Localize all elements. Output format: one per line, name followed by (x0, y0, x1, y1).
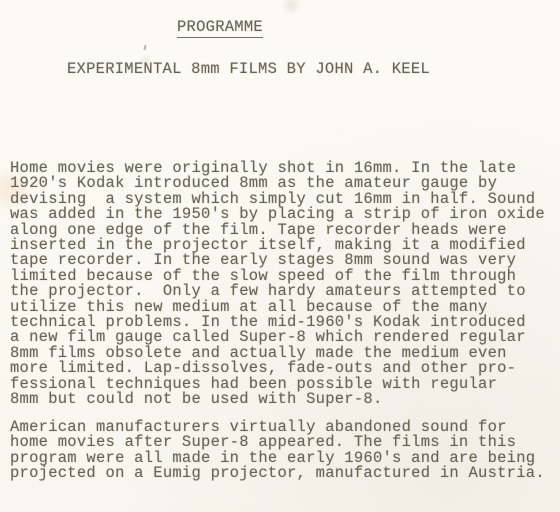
paragraph-program-note: American manufacturers virtually abandon… (10, 420, 545, 482)
paragraph-history-of-8mm: Home movies were originally shot in 16mm… (10, 161, 545, 408)
document-page: PROGRAMME EXPERIMENTAL 8mm FILMS BY JOHN… (0, 0, 560, 512)
stray-typewriter-mark (143, 45, 146, 50)
document-title: PROGRAMME (177, 20, 263, 38)
document-subtitle: EXPERIMENTAL 8mm FILMS BY JOHN A. KEEL (67, 62, 430, 77)
